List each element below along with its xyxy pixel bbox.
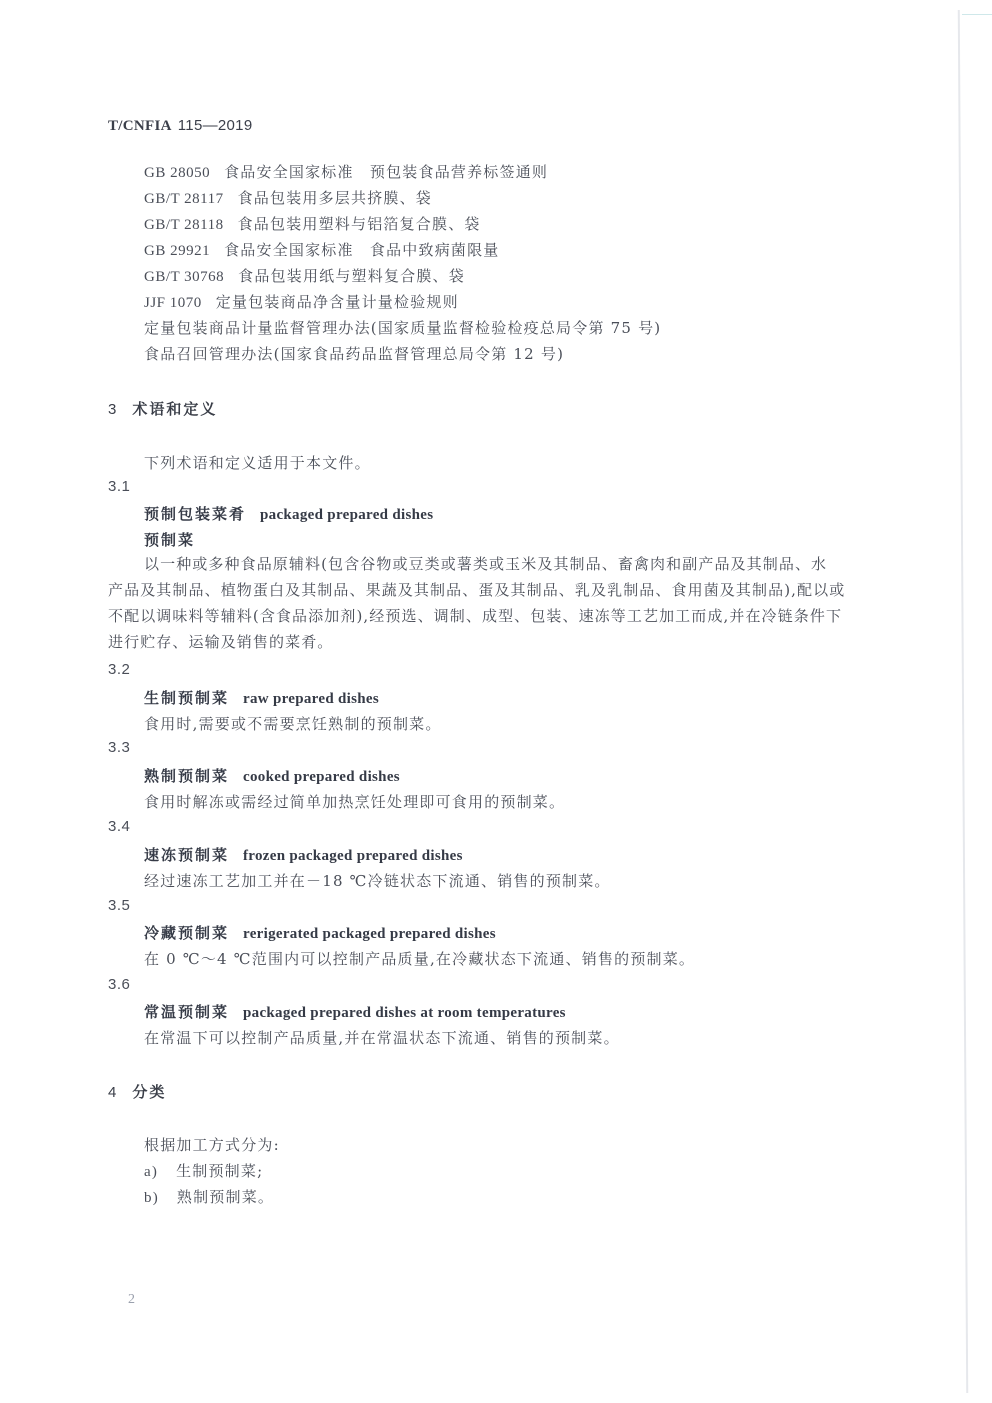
- section-heading: 3术语和定义: [108, 398, 217, 419]
- definition-line: 不配以调味料等辅料(含食品添加剂),经预选、调制、成型、包装、速冻等工艺加工而成…: [108, 603, 842, 629]
- definition-line: 进行贮存、运输及销售的菜肴。: [108, 629, 333, 655]
- term-definition: 在常温下可以控制产品质量,并在常温状态下流通、销售的预制菜。: [144, 1027, 620, 1048]
- definition-line: 以一种或多种食品原辅料(包含谷物或豆类或薯类或玉米及其制品、畜禽肉和副产品及其制…: [144, 551, 827, 577]
- list-label: a): [144, 1164, 158, 1180]
- clause-number: 3.4: [108, 818, 130, 835]
- reference-item: GB/T 28117食品包装用多层共挤膜、袋: [144, 187, 432, 208]
- reference-title: 食品包装用纸与塑料复合膜、袋: [238, 267, 465, 285]
- doc-number: 115—2019: [178, 117, 253, 134]
- section-number: 3: [108, 401, 116, 418]
- list-item: a)生制预制菜;: [144, 1160, 263, 1181]
- list-text: 生制预制菜;: [176, 1162, 263, 1180]
- term-heading: 生制预制菜raw prepared dishes: [144, 687, 379, 708]
- page-number: 2: [128, 1292, 135, 1308]
- reference-code: GB/T 30768: [144, 269, 224, 285]
- reference-code: JJF 1070: [144, 295, 202, 311]
- term-heading: 预制包装菜肴packaged prepared dishes: [144, 503, 433, 524]
- term-zh: 生制预制菜: [144, 689, 229, 707]
- reference-code: GB/T 28117: [144, 191, 224, 207]
- reference-title: 食品召回管理办法(国家食品药品监督管理总局令第 12 号): [144, 345, 564, 363]
- term-en: raw prepared dishes: [243, 691, 379, 707]
- reference-item: GB/T 30768食品包装用纸与塑料复合膜、袋: [144, 265, 465, 286]
- list-text: 熟制预制菜。: [177, 1188, 274, 1206]
- reference-item: GB/T 28118食品包装用塑料与铝箔复合膜、袋: [144, 213, 481, 234]
- section-intro: 根据加工方式分为:: [144, 1134, 280, 1155]
- term-zh: 常温预制菜: [144, 1003, 229, 1021]
- list-item: b)熟制预制菜。: [144, 1186, 274, 1207]
- doc-code: T/CNFIA: [108, 118, 172, 134]
- clause-number: 3.2: [108, 661, 130, 678]
- term-en: packaged prepared dishes at room tempera…: [243, 1005, 566, 1021]
- reference-item: 定量包装商品计量监督管理办法(国家质量监督检验检疫总局令第 75 号): [144, 317, 661, 338]
- term-zh: 预制包装菜肴: [144, 505, 246, 523]
- term-zh: 冷藏预制菜: [144, 924, 229, 942]
- page-edge-line: [958, 10, 968, 1393]
- reference-item: GB 28050食品安全国家标准 预包装食品营养标签通则: [144, 161, 548, 182]
- definition-line: 产品及其制品、植物蛋白及其制品、果蔬及其制品、蛋及其制品、乳及乳制品、食用菌及其…: [108, 577, 845, 603]
- term-definition: 食用时,需要或不需要烹饪熟制的预制菜。: [144, 713, 442, 734]
- reference-title: 食品安全国家标准 食品中致病菌限量: [224, 241, 499, 259]
- reference-item: JJF 1070定量包装商品净含量计量检验规则: [144, 291, 459, 312]
- term-definition: 食用时解冻或需经过简单加热烹饪处理即可食用的预制菜。: [144, 791, 565, 812]
- reference-title: 定量包装商品净含量计量检验规则: [216, 293, 459, 311]
- term-heading: 熟制预制菜cooked prepared dishes: [144, 765, 400, 786]
- reference-code: GB 28050: [144, 165, 210, 181]
- reference-item: 食品召回管理办法(国家食品药品监督管理总局令第 12 号): [144, 343, 564, 364]
- term-en: cooked prepared dishes: [243, 769, 400, 785]
- section-title: 分类: [132, 1083, 166, 1101]
- section-intro: 下列术语和定义适用于本文件。: [144, 452, 371, 473]
- term-heading: 常温预制菜packaged prepared dishes at room te…: [144, 1001, 566, 1022]
- page-edge-mark: [962, 14, 992, 15]
- term-alt: 预制菜: [144, 529, 195, 550]
- reference-title: 食品安全国家标准 预包装食品营养标签通则: [224, 163, 548, 181]
- clause-number: 3.6: [108, 976, 130, 993]
- section-heading: 4分类: [108, 1081, 166, 1102]
- reference-item: GB 29921食品安全国家标准 食品中致病菌限量: [144, 239, 500, 260]
- term-heading: 速冻预制菜frozen packaged prepared dishes: [144, 844, 463, 865]
- list-label: b): [144, 1190, 159, 1206]
- document-header: T/CNFIA115—2019: [108, 116, 252, 135]
- reference-title: 食品包装用多层共挤膜、袋: [238, 189, 432, 207]
- term-heading: 冷藏预制菜rerigerated packaged prepared dishe…: [144, 922, 496, 943]
- clause-number: 3.1: [108, 478, 130, 495]
- term-en: packaged prepared dishes: [260, 507, 433, 523]
- term-definition: 经过速冻工艺加工并在－18 ℃冷链状态下流通、销售的预制菜。: [144, 870, 611, 891]
- term-zh: 速冻预制菜: [144, 846, 229, 864]
- term-zh: 熟制预制菜: [144, 767, 229, 785]
- section-title: 术语和定义: [132, 400, 217, 418]
- term-en: rerigerated packaged prepared dishes: [243, 926, 496, 942]
- section-number: 4: [108, 1084, 116, 1101]
- clause-number: 3.3: [108, 739, 130, 756]
- reference-title: 食品包装用塑料与铝箔复合膜、袋: [238, 215, 481, 233]
- term-definition: 在 0 ℃～4 ℃范围内可以控制产品质量,在冷藏状态下流通、销售的预制菜。: [144, 948, 695, 969]
- term-en: frozen packaged prepared dishes: [243, 848, 463, 864]
- clause-number: 3.5: [108, 897, 130, 914]
- reference-title: 定量包装商品计量监督管理办法(国家质量监督检验检疫总局令第 75 号): [144, 319, 661, 337]
- reference-code: GB 29921: [144, 243, 210, 259]
- reference-code: GB/T 28118: [144, 217, 224, 233]
